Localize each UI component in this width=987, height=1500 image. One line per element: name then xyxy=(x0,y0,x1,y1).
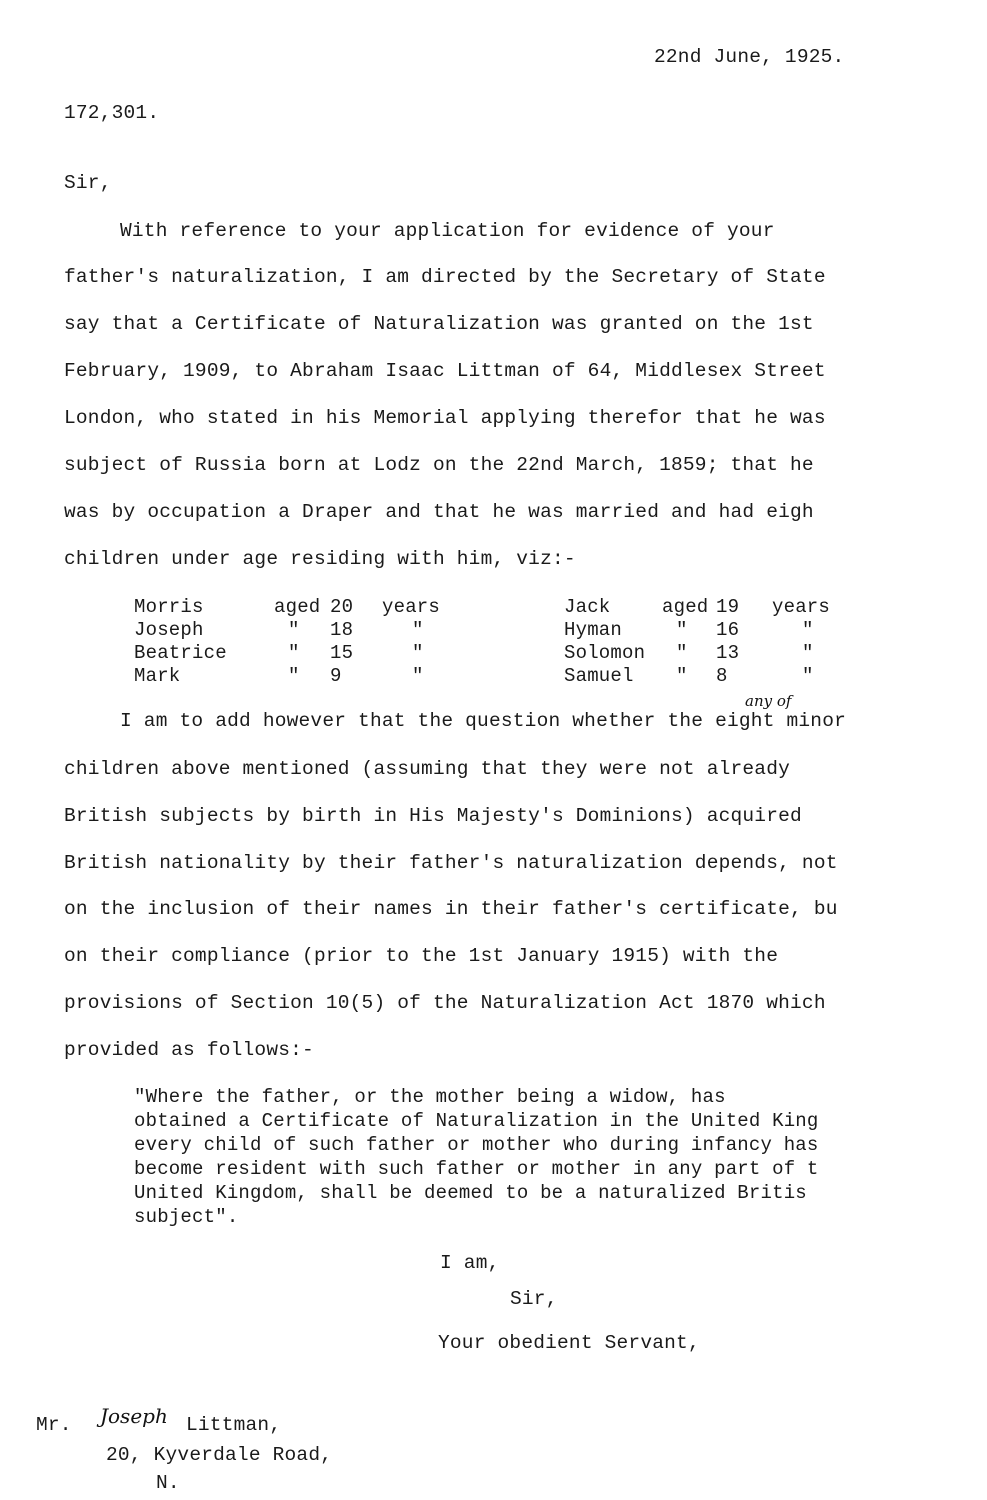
child-age: 9 xyxy=(330,667,342,686)
text-line: With reference to your application for e… xyxy=(120,222,775,242)
child-age-label: " xyxy=(288,644,300,663)
handwritten-first-name: Joseph xyxy=(100,1404,168,1428)
child-name: Morris xyxy=(134,598,204,617)
child-age: 19 xyxy=(716,598,739,617)
child-unit: " xyxy=(412,667,424,686)
child-name: Solomon xyxy=(564,644,645,663)
child-age-label: " xyxy=(288,667,300,686)
quote-line: become resident with such father or moth… xyxy=(134,1160,819,1179)
quote-line: "Where the father, or the mother being a… xyxy=(134,1088,726,1107)
text-line: father's naturalization, I am directed b… xyxy=(64,268,826,288)
child-age-label: " xyxy=(676,644,688,663)
addressee-district: N. xyxy=(156,1474,180,1494)
text-line: provided as follows:- xyxy=(64,1041,314,1061)
child-unit: " xyxy=(802,667,814,686)
child-age: 8 xyxy=(716,667,728,686)
addressee-street: 20, Kyverdale Road, xyxy=(106,1446,332,1466)
child-name: Jack xyxy=(564,598,610,617)
child-unit: " xyxy=(802,644,814,663)
text-line: subject of Russia born at Lodz on the 22… xyxy=(64,456,814,476)
quote-line: every child of such father or mother who… xyxy=(134,1136,819,1155)
child-age: 20 xyxy=(330,598,353,617)
reference-number: 172,301. xyxy=(64,104,159,124)
closing-line: Sir, xyxy=(510,1290,558,1310)
child-unit: " xyxy=(412,644,424,663)
addressee-surname: Littman, xyxy=(186,1416,281,1436)
child-name: Joseph xyxy=(134,621,204,640)
child-age: 13 xyxy=(716,644,739,663)
closing-line: Your obedient Servant, xyxy=(438,1334,700,1354)
text-line: February, 1909, to Abraham Isaac Littman… xyxy=(64,362,826,382)
child-name: Hyman xyxy=(564,621,622,640)
child-age-label: aged xyxy=(662,598,708,617)
child-age-label: " xyxy=(288,621,300,640)
child-unit: years xyxy=(382,598,440,617)
child-age: 18 xyxy=(330,621,353,640)
quote-line: United Kingdom, shall be deemed to be a … xyxy=(134,1184,807,1203)
child-name: Mark xyxy=(134,667,180,686)
text-line: children above mentioned (assuming that … xyxy=(64,760,790,780)
child-unit: " xyxy=(802,621,814,640)
text-line: British subjects by birth in His Majesty… xyxy=(64,807,802,827)
text-line: was by occupation a Draper and that he w… xyxy=(64,503,814,523)
text-line: I am to add however that the question wh… xyxy=(120,712,846,732)
text-line: on their compliance (prior to the 1st Ja… xyxy=(64,947,778,967)
child-age-label: " xyxy=(676,667,688,686)
child-age: 16 xyxy=(716,621,739,640)
text-line: provisions of Section 10(5) of the Natur… xyxy=(64,994,826,1014)
text-line: on the inclusion of their names in their… xyxy=(64,900,838,920)
closing-line: I am, xyxy=(440,1254,500,1274)
child-unit: " xyxy=(412,621,424,640)
letter-page: 22nd June, 1925. 172,301. Sir, With refe… xyxy=(0,0,987,1500)
child-name: Samuel xyxy=(564,667,634,686)
child-age: 15 xyxy=(330,644,353,663)
addressee-prefix: Mr. xyxy=(36,1416,72,1436)
handwritten-insert: any of xyxy=(745,692,791,710)
text-line: say that a Certificate of Naturalization… xyxy=(64,315,814,335)
child-age-label: " xyxy=(676,621,688,640)
letter-date: 22nd June, 1925. xyxy=(654,48,844,68)
child-age-label: aged xyxy=(274,598,320,617)
quote-line: subject". xyxy=(134,1208,238,1227)
quote-line: obtained a Certificate of Naturalization… xyxy=(134,1112,819,1131)
text-line: children under age residing with him, vi… xyxy=(64,550,576,570)
text-line: British nationality by their father's na… xyxy=(64,854,838,874)
text-line: London, who stated in his Memorial apply… xyxy=(64,409,826,429)
child-name: Beatrice xyxy=(134,644,227,663)
salutation: Sir, xyxy=(64,174,112,194)
child-unit: years xyxy=(772,598,830,617)
